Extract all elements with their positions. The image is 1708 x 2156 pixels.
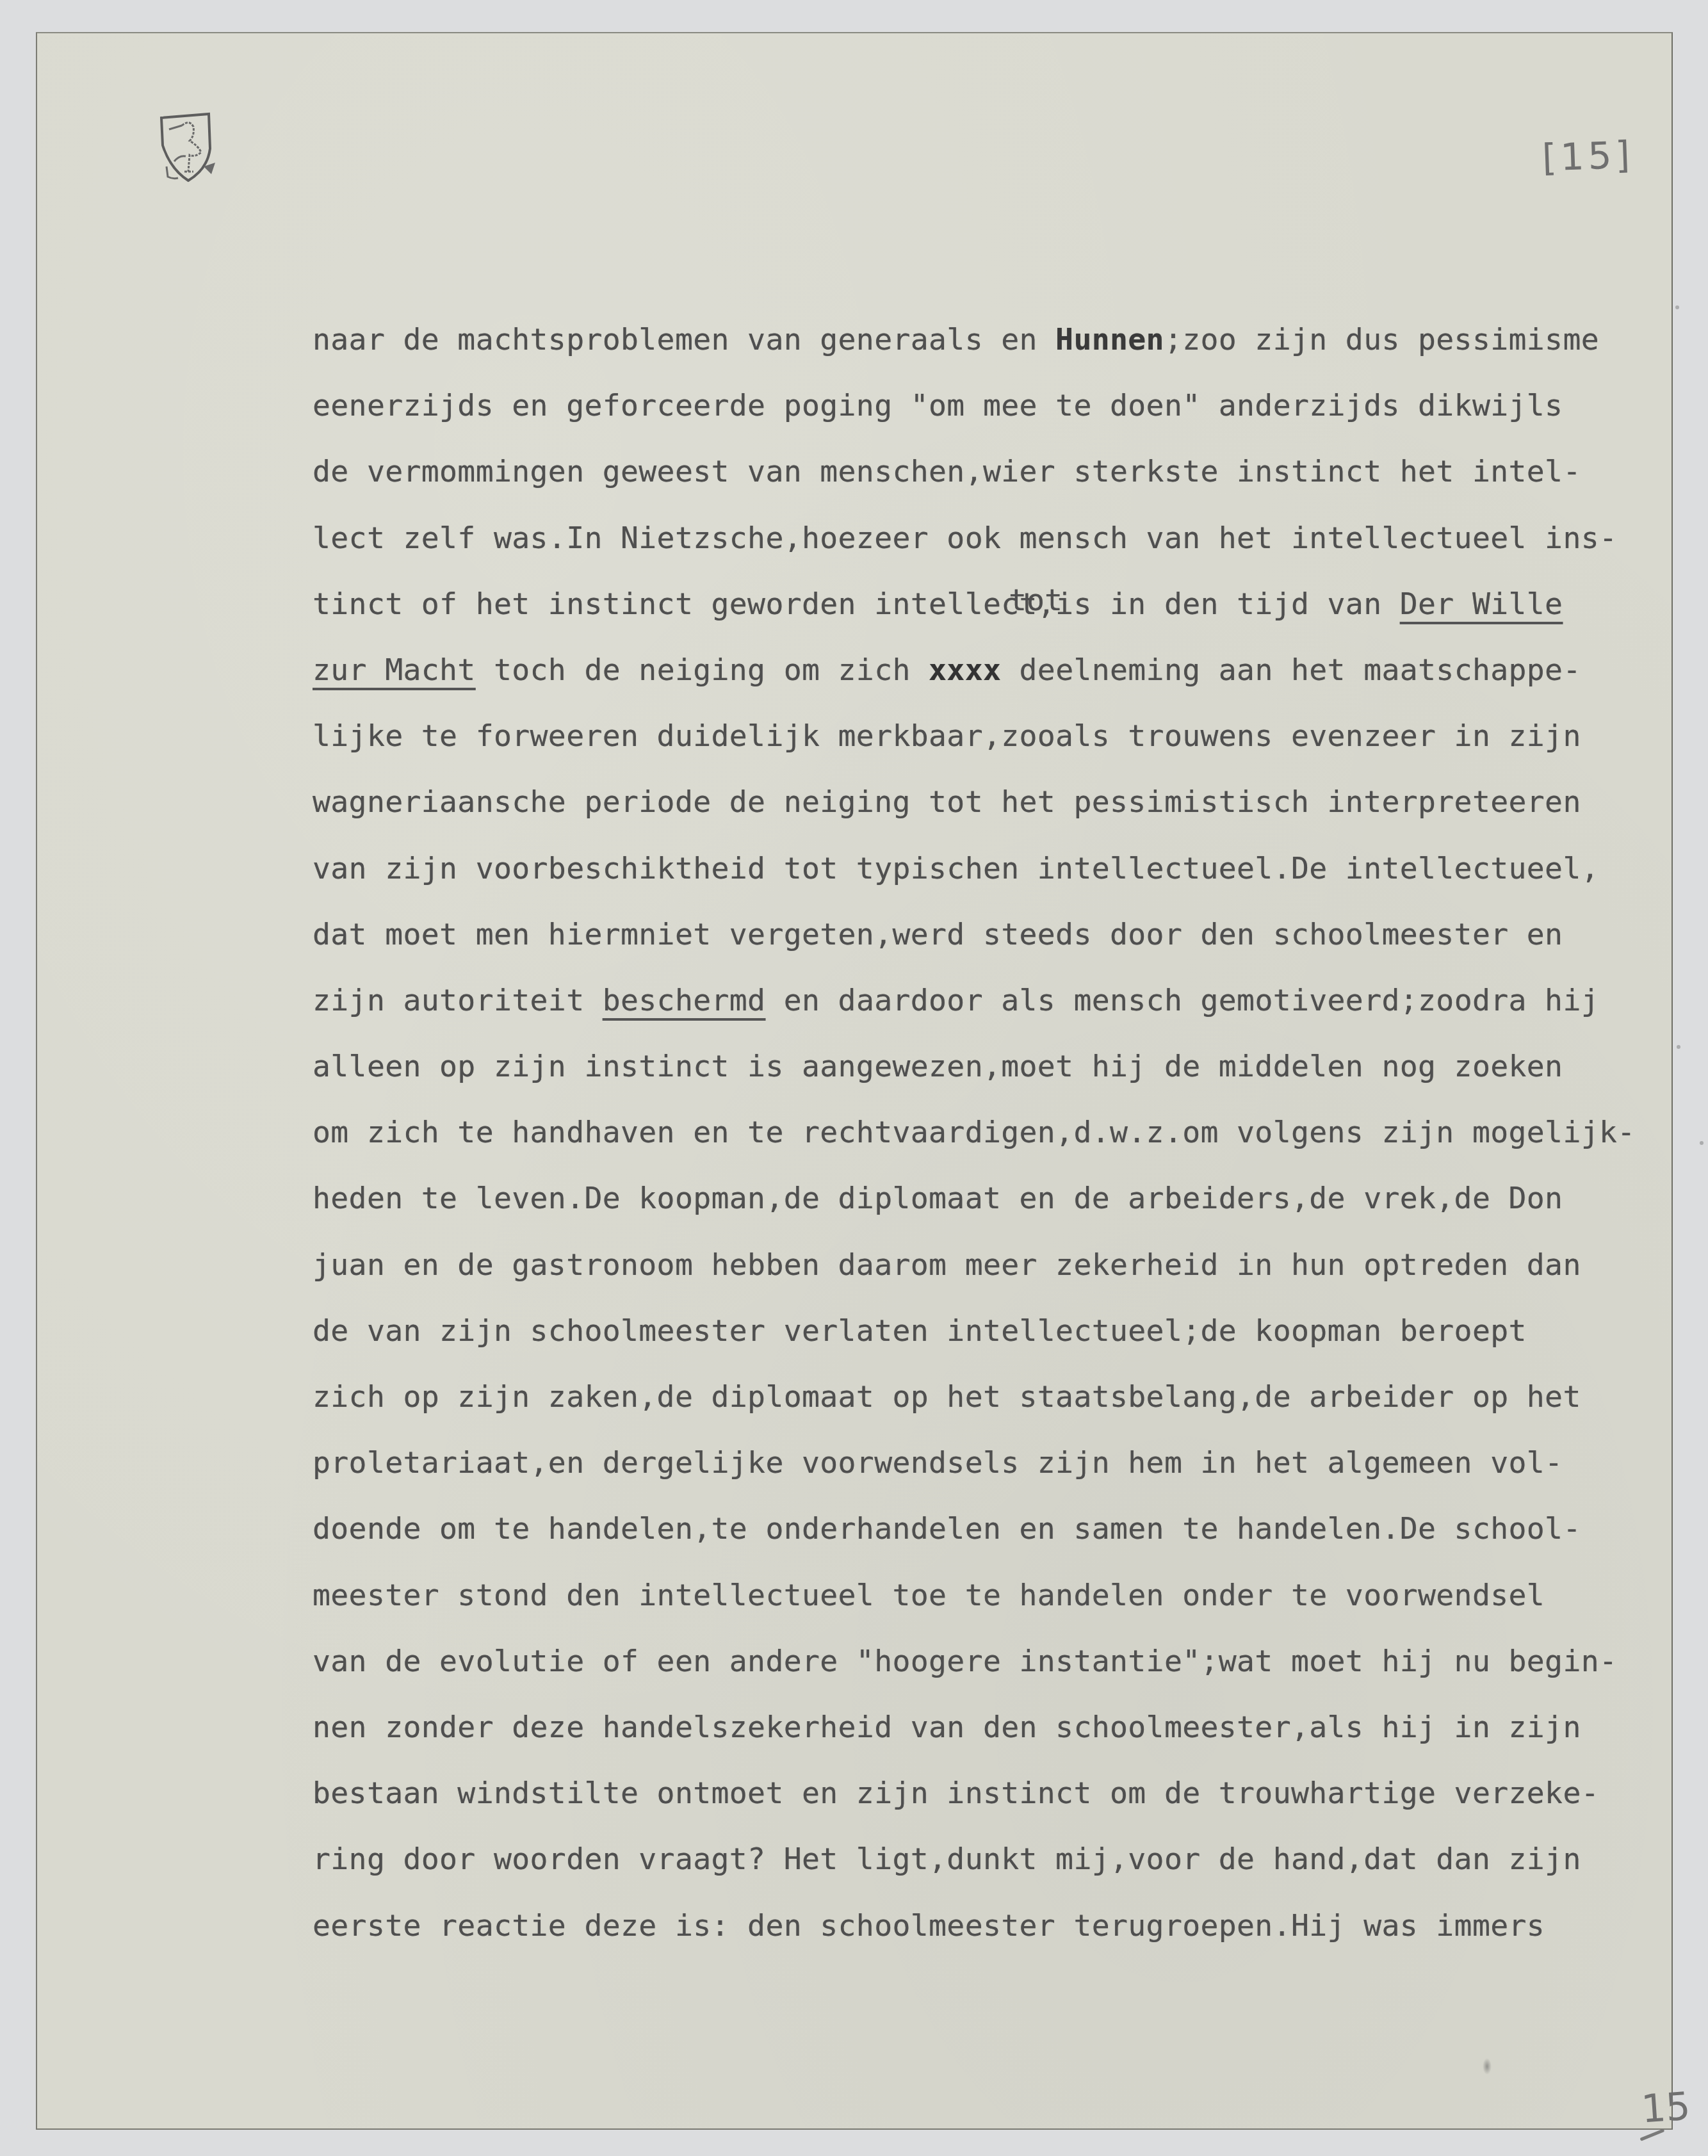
text-segment: ring door woorden vraagt? Het ligt,dunkt… — [313, 1842, 1581, 1876]
text-segment: eerste reactie deze is: den schoolmeeste… — [313, 1908, 1545, 1943]
text-line: zich op zijn zaken,de diplomaat op het s… — [313, 1377, 1708, 1443]
text-line: alleen op zijn instinct is aangewezen,mo… — [313, 1047, 1708, 1113]
text-line: van zijn voorbeschiktheid tot typischen … — [313, 849, 1708, 915]
text-segment: doende om te handelen,te onderhandelen e… — [313, 1511, 1581, 1546]
text-segment: bestaan windstilte ontmoet en zijn insti… — [313, 1776, 1599, 1810]
text-segment: lect zelf was.In Nietzsche,hoezeer ook m… — [313, 521, 1617, 555]
text-segment: en daardoor als mensch gemotiveerd;zoodr… — [765, 983, 1599, 1017]
text-segment: ;zoo zijn dus pessimisme — [1164, 322, 1599, 357]
inserted-word-tot: tot — [1009, 583, 1062, 617]
page-number-bottom: 15 — [1640, 2084, 1692, 2132]
text-segment: juan en de gastronoom hebben daarom meer… — [313, 1247, 1581, 1282]
text-line: proletariaat,en dergelijke voorwendsels … — [313, 1443, 1708, 1509]
text-line: naar de machtsproblemen van generaals en… — [313, 320, 1708, 386]
typed-page: [15] naar de machtsproblemen van generaa… — [36, 32, 1673, 2130]
text-segment: naar de machtsproblemen van generaals en — [313, 322, 1055, 357]
text-line: doende om te handelen,te onderhandelen e… — [313, 1509, 1708, 1575]
text-segment: alleen op zijn instinct is aangewezen,mo… — [313, 1049, 1563, 1083]
heavy-typed-text: Hunnen — [1055, 322, 1164, 357]
text-line: bestaan windstilte ontmoet en zijn insti… — [313, 1774, 1708, 1840]
text-segment: zijn autoriteit — [313, 983, 603, 1017]
text-segment: dat moet men hiermniet vergeten,werd ste… — [313, 917, 1563, 952]
text-line: de vermommingen geweest van menschen,wie… — [313, 452, 1708, 518]
text-segment: om zich te handhaven en te rechtvaardige… — [313, 1115, 1636, 1149]
text-segment: tinct of het instinct geworden intellect… — [313, 587, 1400, 621]
text-line: de van zijn schoolmeester verlaten intel… — [313, 1311, 1708, 1377]
page-reference-top: [15] — [1541, 133, 1634, 180]
text-line: heden te leven.De koopman,de diplomaat e… — [313, 1179, 1708, 1245]
speck — [1677, 1045, 1680, 1049]
text-segment: zich op zijn zaken,de diplomaat op het s… — [313, 1379, 1581, 1414]
text-line: meester stond den intellectueel toe te h… — [313, 1576, 1708, 1642]
text-segment: eenerzijds en geforceerde poging "om mee… — [313, 388, 1563, 423]
speck — [1700, 1141, 1704, 1145]
text-segment: van de evolutie of een andere "hoogere i… — [313, 1644, 1617, 1678]
text-segment: van zijn voorbeschiktheid tot typischen … — [313, 851, 1599, 886]
text-line: van de evolutie of een andere "hoogere i… — [313, 1642, 1708, 1708]
text-line: lect zelf was.In Nietzsche,hoezeer ook m… — [313, 519, 1708, 585]
ink-smudge — [1483, 2058, 1492, 2075]
text-line: dat moet men hiermniet vergeten,werd ste… — [313, 915, 1708, 981]
struck-out-text: xxxx — [929, 652, 1001, 687]
speck — [1675, 305, 1679, 309]
text-segment: lijke te forweeren duidelijk merkbaar,zo… — [313, 718, 1581, 753]
text-line: lijke te forweeren duidelijk merkbaar,zo… — [313, 717, 1708, 782]
underlined-title: beschermd — [603, 983, 766, 1017]
text-line: juan en de gastronoom hebben daarom meer… — [313, 1245, 1708, 1311]
body-text: naar de machtsproblemen van generaals en… — [313, 320, 1708, 1972]
text-segment: deelneming aan het maatschappe- — [1001, 652, 1581, 687]
text-line: eenerzijds en geforceerde poging "om mee… — [313, 386, 1708, 452]
text-segment: proletariaat,en dergelijke voorwendsels … — [313, 1445, 1563, 1480]
text-line: om zich te handhaven en te rechtvaardige… — [313, 1113, 1708, 1179]
text-segment: meester stond den intellectueel toe te h… — [313, 1578, 1545, 1612]
text-segment: wagneriaansche periode de neiging tot he… — [313, 784, 1581, 819]
text-line: nen zonder deze handelszekerheid van den… — [313, 1708, 1708, 1774]
text-segment: nen zonder deze handelszekerheid van den… — [313, 1710, 1581, 1744]
text-segment: heden te leven.De koopman,de diplomaat e… — [313, 1181, 1563, 1215]
text-line: zijn autoriteit beschermd en daardoor al… — [313, 981, 1708, 1047]
text-segment: de vermommingen geweest van menschen,wie… — [313, 454, 1581, 489]
text-line: zur Macht toch de neiging om zich xxxx d… — [313, 651, 1708, 717]
text-line: wagneriaansche periode de neiging tot he… — [313, 782, 1708, 848]
stork-shield-stamp-icon — [156, 110, 220, 187]
text-line: eerste reactie deze is: den schoolmeeste… — [313, 1906, 1708, 1972]
text-segment: de van zijn schoolmeester verlaten intel… — [313, 1313, 1527, 1348]
underlined-title: zur Macht — [313, 652, 476, 687]
underlined-title: Der Wille — [1400, 587, 1563, 621]
text-segment: toch de neiging om zich — [476, 652, 929, 687]
text-line: ring door woorden vraagt? Het ligt,dunkt… — [313, 1840, 1708, 1906]
